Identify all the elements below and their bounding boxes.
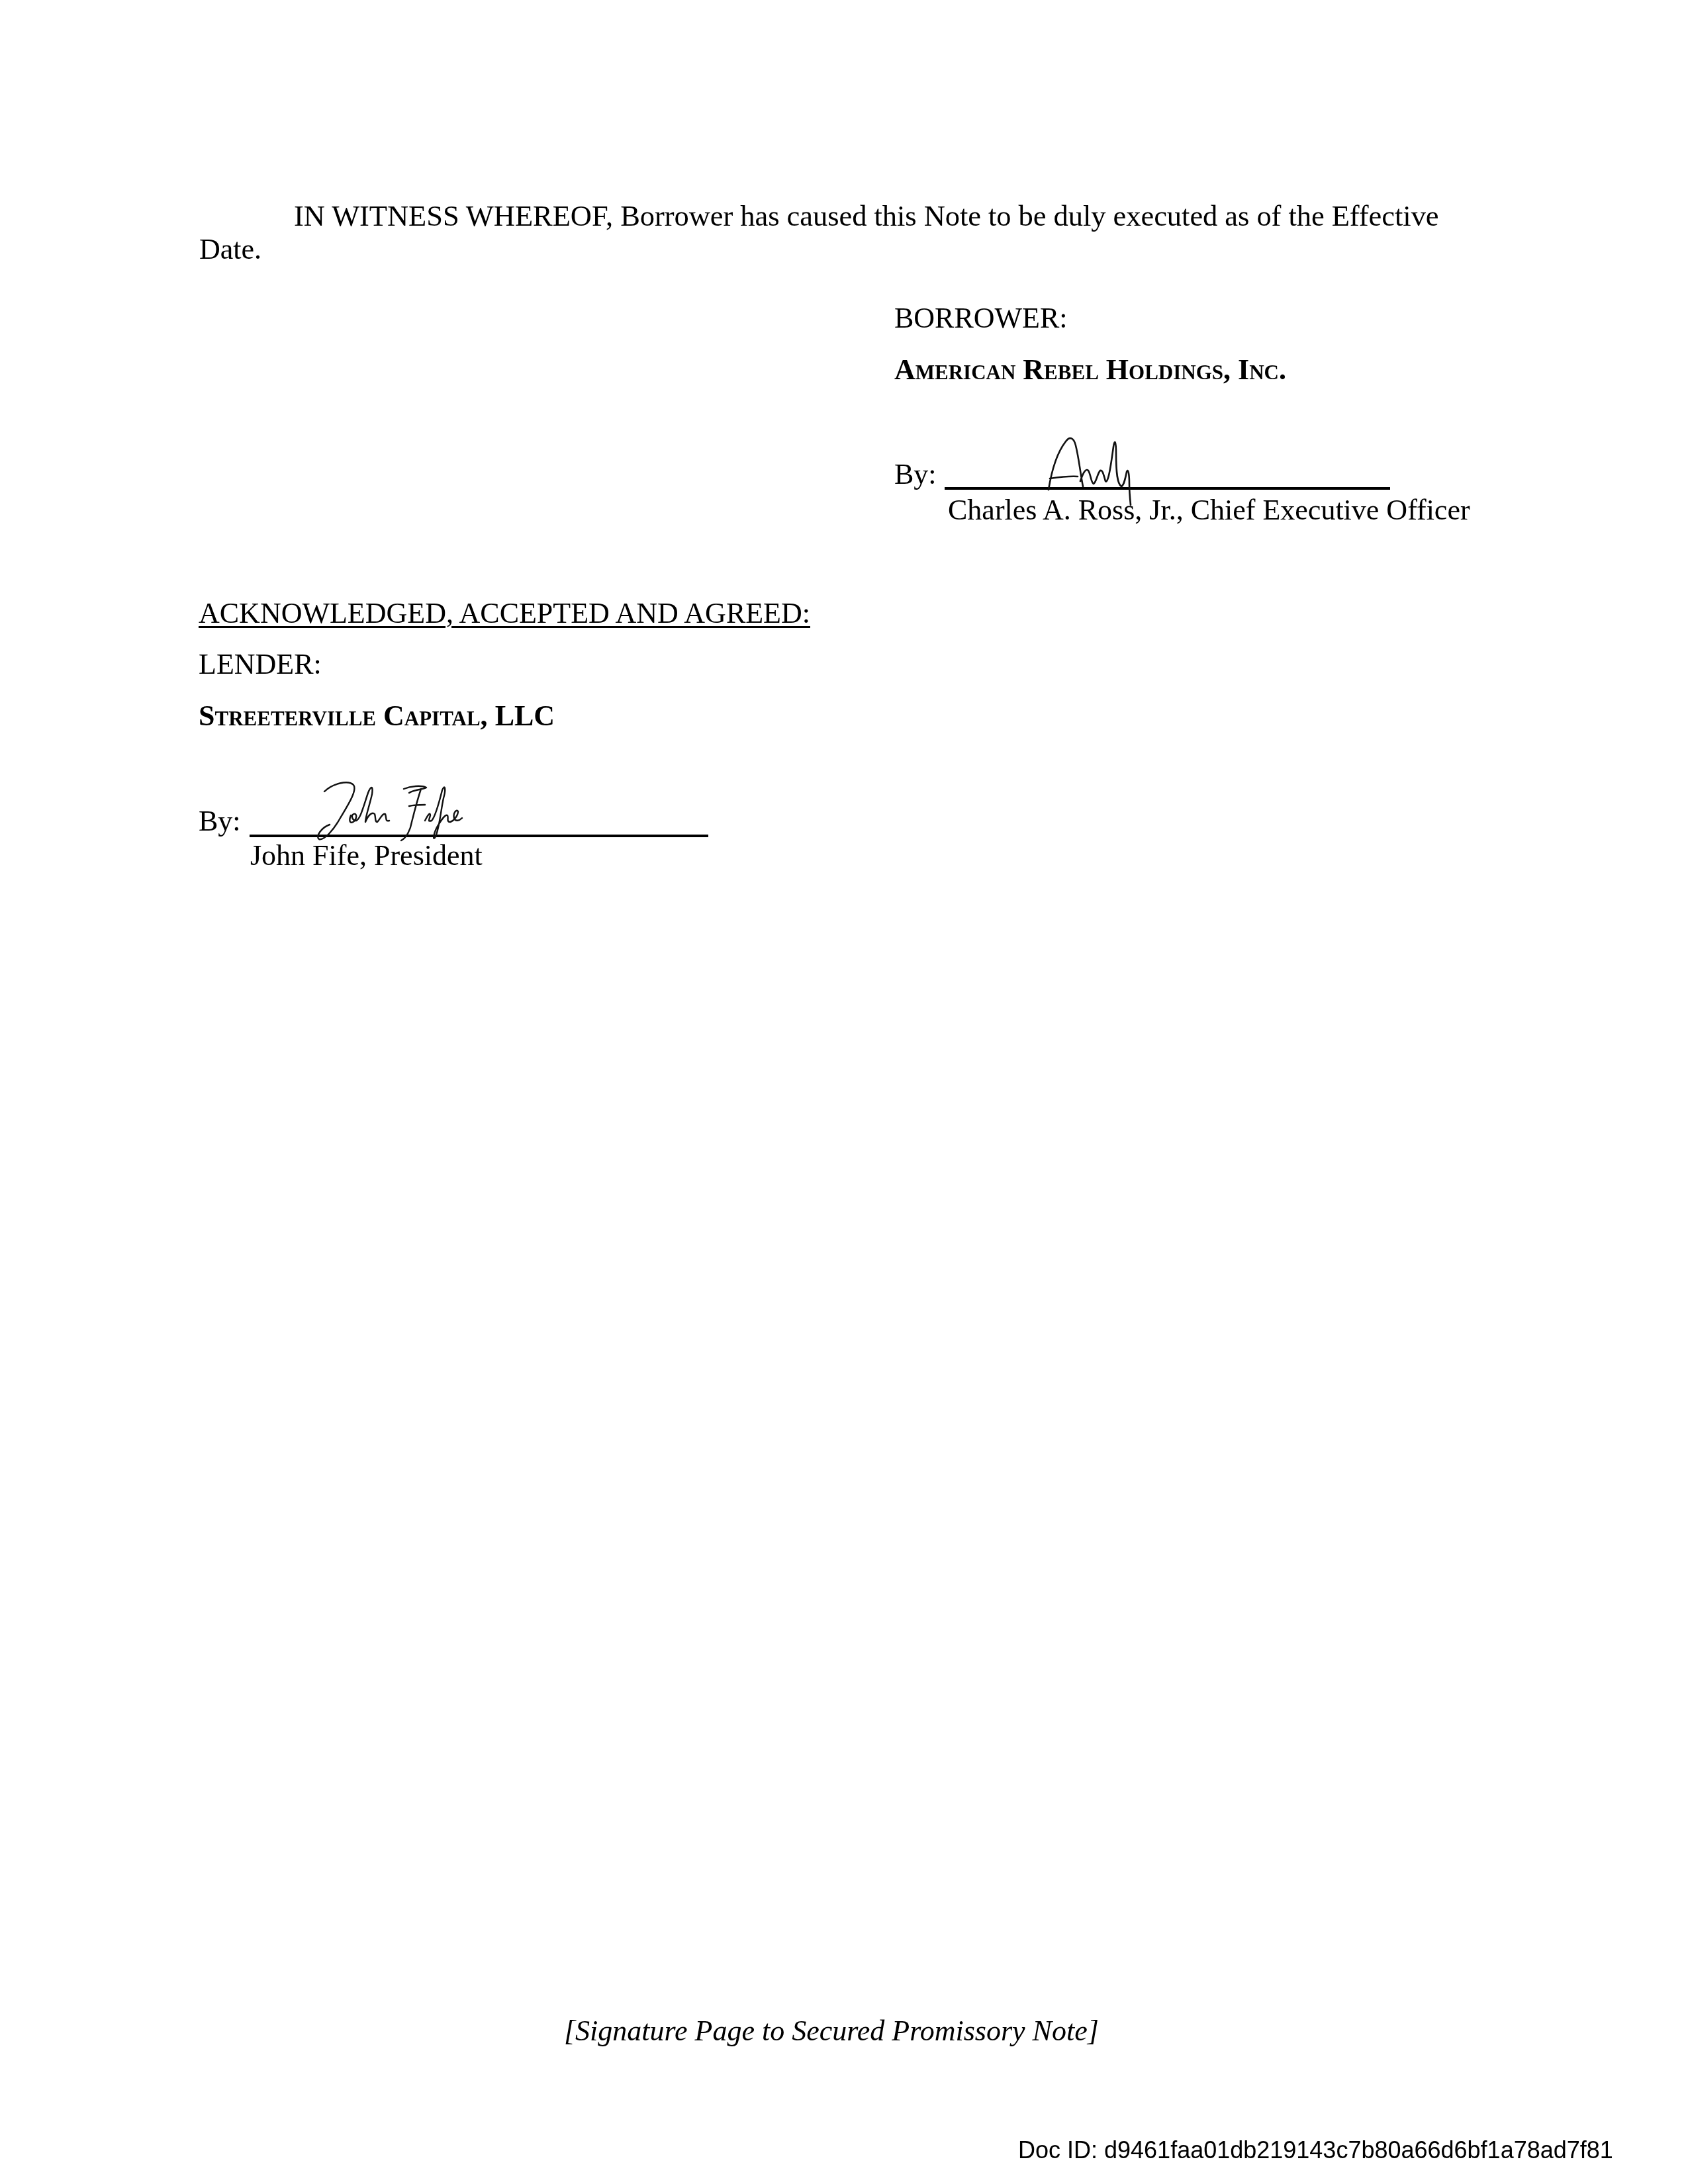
lender-by-label: By: xyxy=(199,807,241,836)
borrower-signer-name: Charles A. Ross, Jr., Chief Executive Of… xyxy=(948,496,1470,525)
borrower-signature-line xyxy=(945,487,1390,490)
acknowledgement-heading: ACKNOWLEDGED, ACCEPTED AND AGREED: xyxy=(199,599,810,628)
lender-signer-name: John Fife, President xyxy=(250,841,483,870)
witness-clause-line-2: Date. xyxy=(199,235,261,264)
lender-company-suffix: LLC xyxy=(495,700,555,732)
witness-clause-line-1: IN WITNESS WHEREOF, Borrower has caused … xyxy=(294,201,1439,231)
borrower-by-label: By: xyxy=(894,460,937,489)
lender-company-main: Streeterville Capital, xyxy=(199,700,495,732)
lender-signature-icon xyxy=(305,774,470,847)
lender-company-name: Streeterville Capital, LLC xyxy=(199,702,555,731)
borrower-label: BORROWER: xyxy=(894,304,1068,333)
borrower-signature-icon xyxy=(1039,427,1139,500)
signature-page-caption: [Signature Page to Secured Promissory No… xyxy=(564,2017,1099,2046)
lender-label: LENDER: xyxy=(199,650,322,679)
borrower-company-name: American Rebel Holdings, Inc. xyxy=(894,355,1286,385)
document-id: Doc ID: d9461faa01db219143c7b80a66d6bf1a… xyxy=(1018,2138,1613,2162)
